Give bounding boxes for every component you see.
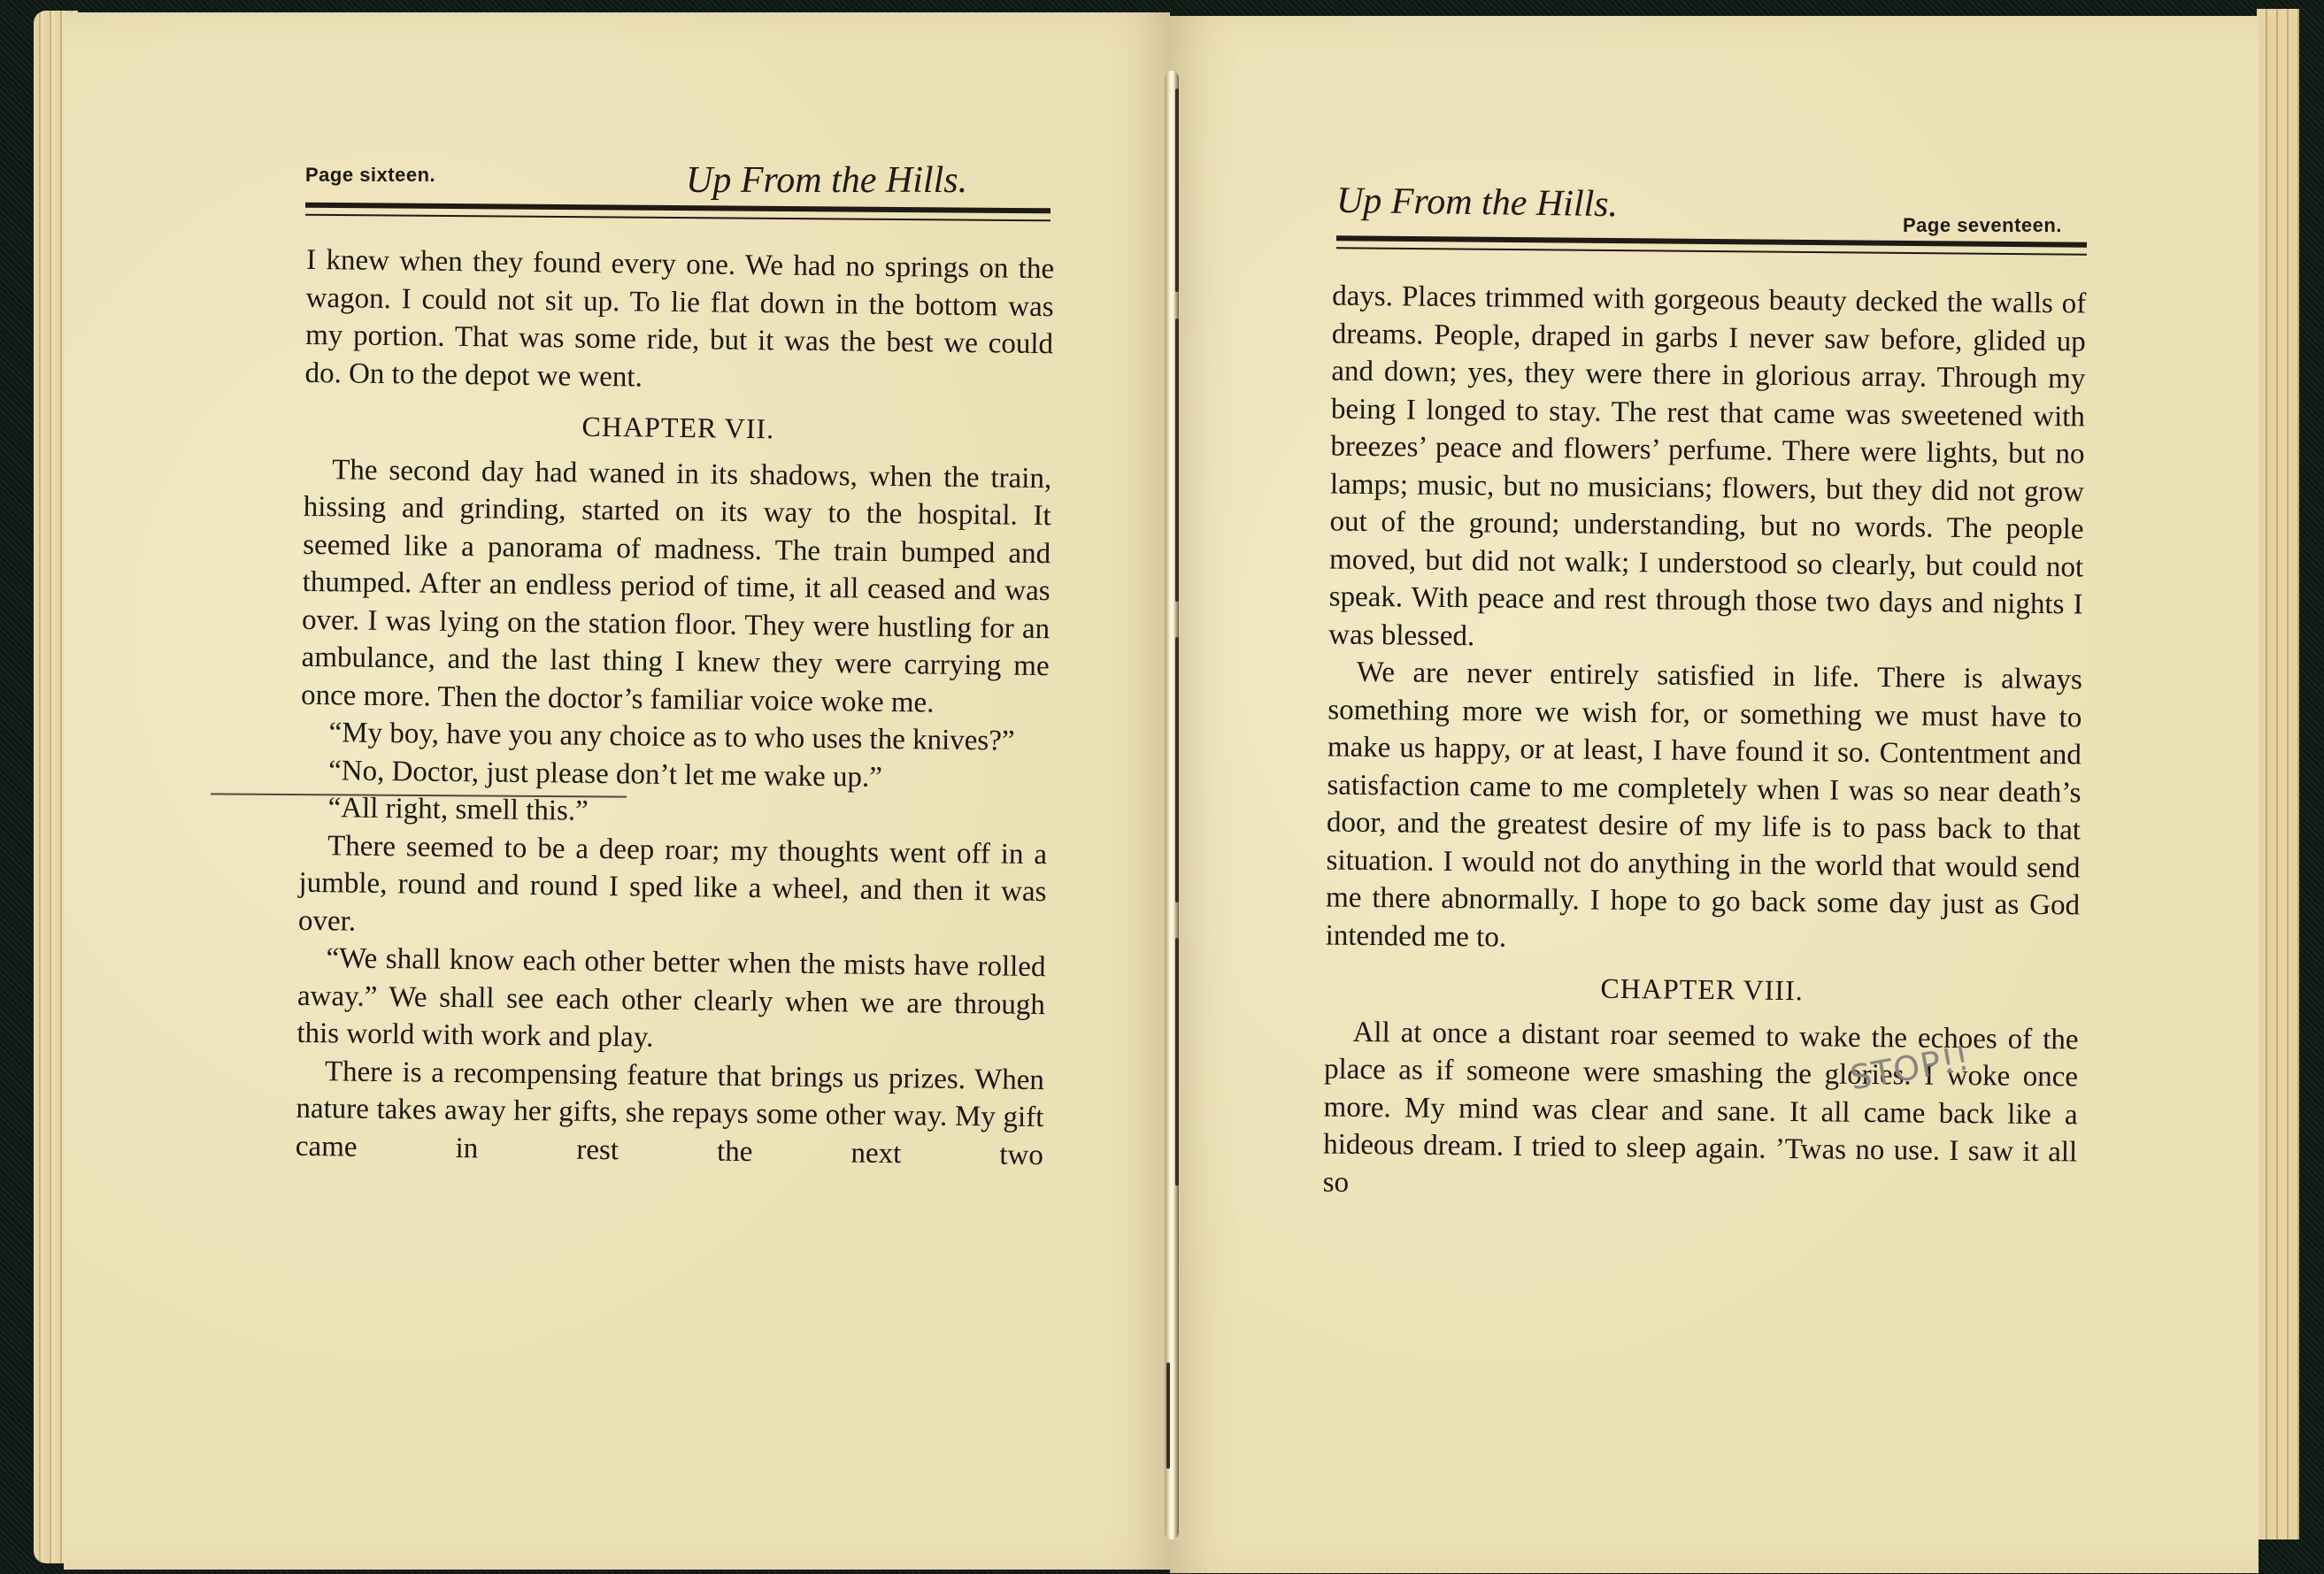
paragraph: There is a recompensing feature that bri… — [296, 1052, 1044, 1174]
paragraph: “We shall know each other better when th… — [296, 940, 1045, 1062]
right-page-number: Page seventeen. — [1903, 214, 2062, 237]
left-page-text: I knew when they found every one. We had… — [296, 242, 1055, 1174]
left-running-title: Up From the Hills. — [686, 159, 967, 202]
page-edges-right — [2257, 9, 2299, 1539]
binding-stitch — [1166, 1363, 1170, 1469]
paragraph: days. Places trimmed with gorgeous beaut… — [1328, 278, 2086, 662]
right-running-title: Up From the Hills. — [1336, 180, 1619, 226]
binding-stitch — [1175, 637, 1179, 902]
paragraph: We are never entirely satisfied in life.… — [1325, 654, 2082, 963]
chapter-heading: CHAPTER VIII. — [1325, 967, 2079, 1012]
paragraph: The second day had waned in its shadows,… — [301, 450, 1052, 723]
left-page-number: Page sixteen. — [305, 164, 435, 187]
binding-stitch — [1175, 938, 1179, 1186]
paragraph: There seemed to be a deep roar; my thoug… — [298, 826, 1047, 948]
binding-stitch — [1175, 88, 1179, 292]
paragraph: I knew when they found every one. We had… — [304, 242, 1054, 401]
binding-stitch — [1175, 319, 1179, 602]
chapter-heading: CHAPTER VII. — [304, 404, 1052, 451]
